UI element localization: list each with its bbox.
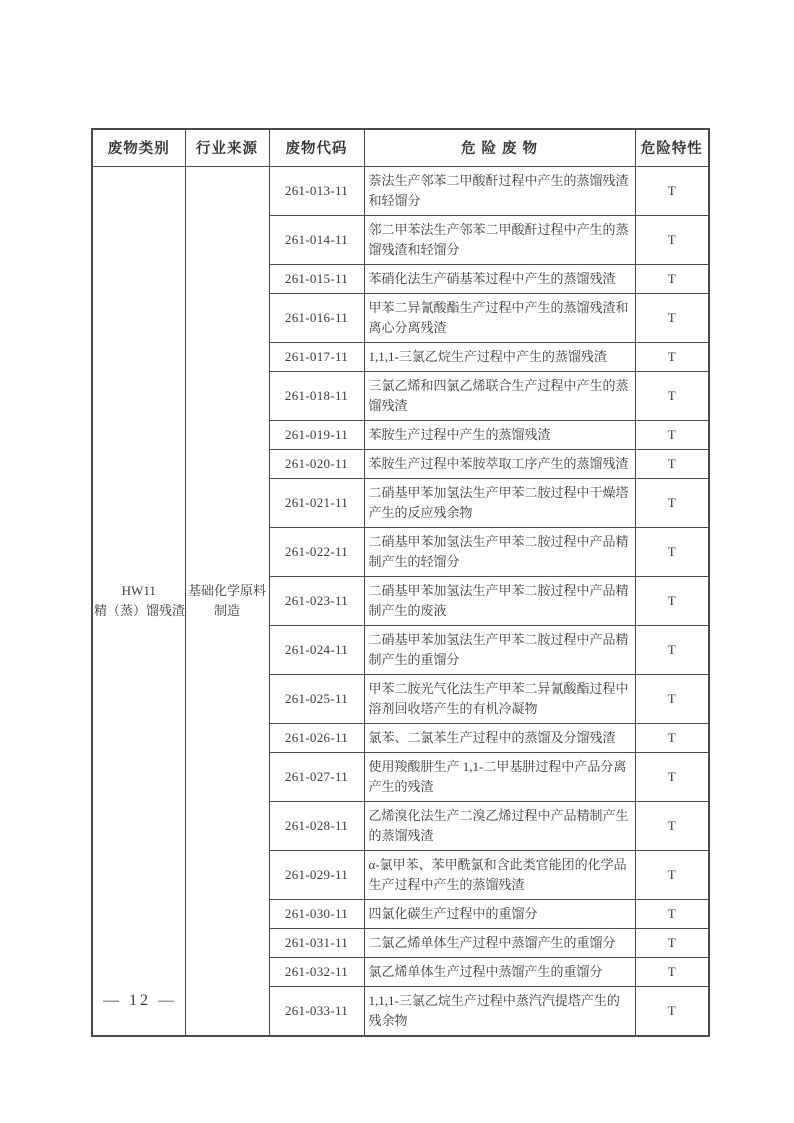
waste-code-cell: 261-019-11 [269,420,364,449]
hazard-property-cell: T [635,850,709,899]
waste-code-cell: 261-020-11 [269,449,364,478]
waste-code-cell: 261-017-11 [269,342,364,371]
hazard-property-cell: T [635,420,709,449]
table-header-row: 废物类别 行业来源 废物代码 危 险 废 物 危险特性 [92,129,709,166]
waste-code-cell: 261-023-11 [269,576,364,625]
hazard-property-cell: T [635,166,709,215]
hazardous-waste-cell: 三氯乙烯和四氯乙烯联合生产过程中产生的蒸馏残渣 [364,371,635,420]
waste-category-cell: HW11精（蒸）馏残渣 [92,166,185,1036]
hazard-property-cell: T [635,723,709,752]
waste-code-cell: 261-018-11 [269,371,364,420]
hazard-property-cell: T [635,478,709,527]
hazard-property-cell: T [635,215,709,264]
waste-code-cell: 261-027-11 [269,752,364,801]
hazardous-waste-cell: α-氯甲苯、苯甲酰氯和含此类官能团的化学品生产过程中产生的蒸馏残渣 [364,850,635,899]
hazardous-waste-cell: 氯苯、二氯苯生产过程中的蒸馏及分馏残渣 [364,723,635,752]
page-footer: — 12 — [103,992,177,1010]
hazard-property-cell: T [635,576,709,625]
waste-code-cell: 261-031-11 [269,928,364,957]
hazardous-waste-cell: 二硝基甲苯加氢法生产甲苯二胺过程中产品精制产生的轻馏分 [364,527,635,576]
hazardous-waste-cell: 1,1,1-三氯乙烷生产过程中产生的蒸馏残渣 [364,342,635,371]
hazardous-waste-cell: 邻二甲苯法生产邻苯二甲酸酐过程中产生的蒸馏残渣和轻馏分 [364,215,635,264]
hazard-property-cell: T [635,625,709,674]
hazardous-waste-cell: 二硝基甲苯加氢法生产甲苯二胺过程中产品精制产生的重馏分 [364,625,635,674]
hazard-property-cell: T [635,527,709,576]
waste-category-code: HW11 [94,581,184,601]
hazard-property-cell: T [635,752,709,801]
hazardous-waste-cell: 苯硝化法生产硝基苯过程中产生的蒸馏残渣 [364,264,635,293]
col-header-hazard-property: 危险特性 [635,129,709,166]
col-header-hazardous-waste: 危 险 废 物 [364,129,635,166]
waste-code-cell: 261-028-11 [269,801,364,850]
hazardous-waste-cell: 使用羧酸肼生产 1,1-二甲基肼过程中产品分离产生的残渣 [364,752,635,801]
hazard-property-cell: T [635,801,709,850]
hazardous-waste-cell: 二硝基甲苯加氢法生产甲苯二胺过程中干燥塔产生的反应残余物 [364,478,635,527]
waste-code-cell: 261-024-11 [269,625,364,674]
hazard-property-cell: T [635,899,709,928]
waste-code-cell: 261-013-11 [269,166,364,215]
hazardous-waste-cell: 二氯乙烯单体生产过程中蒸馏产生的重馏分 [364,928,635,957]
hazardous-waste-cell: 甲苯二胺光气化法生产甲苯二异氰酸酯过程中溶剂回收塔产生的有机冷凝物 [364,674,635,723]
hazardous-waste-cell: 四氯化碳生产过程中的重馏分 [364,899,635,928]
page-number: — 12 — [103,992,177,1009]
hazard-property-cell: T [635,264,709,293]
waste-category-name: 精（蒸）馏残渣 [94,601,184,621]
waste-code-cell: 261-030-11 [269,899,364,928]
hazardous-waste-cell: 苯胺生产过程中苯胺萃取工序产生的蒸馏残渣 [364,449,635,478]
hazard-property-cell: T [635,957,709,986]
hazardous-waste-cell: 萘法生产邻苯二甲酸酐过程中产生的蒸馏残渣和轻馏分 [364,166,635,215]
hazard-property-cell: T [635,928,709,957]
hazardous-waste-cell: 1,1,1-三氯乙烷生产过程中蒸汽汽提塔产生的残余物 [364,986,635,1036]
waste-code-cell: 261-021-11 [269,478,364,527]
hazardous-waste-table: 废物类别 行业来源 废物代码 危 险 废 物 危险特性 HW11精（蒸）馏残渣基… [91,128,710,1037]
waste-code-cell: 261-022-11 [269,527,364,576]
hazardous-waste-cell: 二硝基甲苯加氢法生产甲苯二胺过程中产品精制产生的废液 [364,576,635,625]
hazard-property-cell: T [635,293,709,342]
waste-code-cell: 261-032-11 [269,957,364,986]
waste-code-cell: 261-014-11 [269,215,364,264]
hazardous-waste-cell: 乙烯溴化法生产二溴乙烯过程中产品精制产生的蒸馏残渣 [364,801,635,850]
waste-code-cell: 261-029-11 [269,850,364,899]
col-header-industry-source: 行业来源 [185,129,269,166]
hazard-property-cell: T [635,674,709,723]
hazardous-waste-cell: 甲苯二异氰酸酯生产过程中产生的蒸馏残渣和离心分离残渣 [364,293,635,342]
waste-code-cell: 261-016-11 [269,293,364,342]
hazard-property-cell: T [635,342,709,371]
waste-code-cell: 261-026-11 [269,723,364,752]
hazardous-waste-cell: 氯乙烯单体生产过程中蒸馏产生的重馏分 [364,957,635,986]
col-header-waste-code: 废物代码 [269,129,364,166]
hazardous-waste-cell: 苯胺生产过程中产生的蒸馏残渣 [364,420,635,449]
col-header-waste-category: 废物类别 [92,129,185,166]
waste-code-cell: 261-033-11 [269,986,364,1036]
waste-code-cell: 261-025-11 [269,674,364,723]
hazard-property-cell: T [635,986,709,1036]
hazard-property-cell: T [635,449,709,478]
industry-source-cell: 基础化学原料制造 [185,166,269,1036]
table-row: HW11精（蒸）馏残渣基础化学原料制造 261-013-11 萘法生产邻苯二甲酸… [92,166,709,215]
hazard-property-cell: T [635,371,709,420]
waste-code-cell: 261-015-11 [269,264,364,293]
